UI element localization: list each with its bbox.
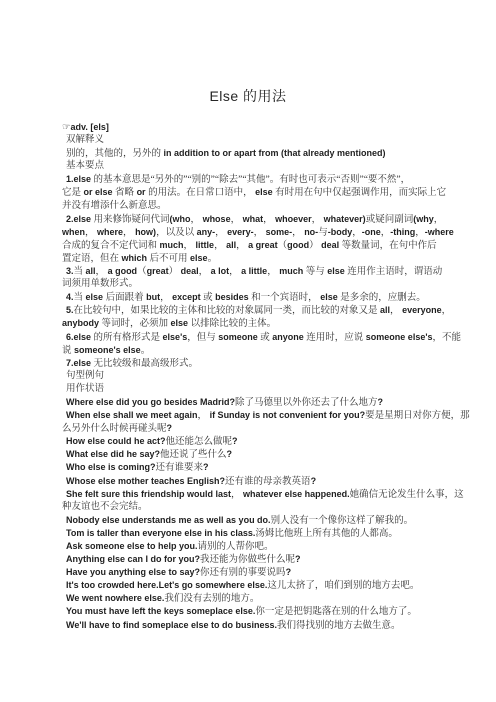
doc-line-definition: 别的，其他的，另外的 in addition to or apart from … [62, 147, 442, 160]
doc-example-sentence: How else could he act?他还能怎么做呢? [62, 435, 442, 448]
doc-line-point5: 5.在比较句中，如果比较的主体和比较的对象属同一类，而比较的对象又是 all， … [62, 304, 442, 317]
document-page: Else 的用法 ☞adv. [els] 双解释义 别的，其他的，另外的 in … [0, 0, 496, 702]
doc-example-sentence: Ask someone else to help you.请别的人帮你吧。 [62, 540, 442, 553]
doc-line-point6: 6.else 的所有格形式是 else's，但与 someone 或 anyon… [62, 331, 442, 344]
doc-example-sentence: We went nowhere else.我们没有去别的地方。 [62, 592, 442, 605]
doc-example-sentence: Anything else can I do for you?我还能为你做些什么… [62, 553, 442, 566]
doc-line-point2-cont: 置定语，但在 which 后不可用 else。 [62, 252, 442, 265]
doc-line-point1-cont: 并没有增添什么新意思。 [62, 200, 442, 213]
doc-line-point5-cont: anybody 等词时，必须加 else 以排除比较的主体。 [62, 317, 442, 330]
doc-line-point4: 4.当 else 后面跟着 but， except 或 besides 和一个宾… [62, 291, 442, 304]
doc-example-sentence-cont: 么另外什么时候再碰头呢? [62, 422, 442, 435]
doc-line-point3: 3.当 all， a good（great） deal， a lot， a li… [62, 265, 442, 278]
doc-heading-definition: 双解释义 [62, 134, 442, 147]
doc-example-sentence: Nobody else understands me as well as yo… [62, 514, 442, 527]
doc-heading-used-as-adverbial: 用作状语 [62, 383, 442, 396]
doc-heading-example-sentences: 句型例句 [62, 370, 442, 383]
doc-line-point1-cont: 它是 or else 省略 or 的用法。在日常口语中， else 有时用在句中… [62, 186, 442, 199]
doc-example-sentence-cont: 种友谊也不会完结。 [62, 501, 442, 514]
doc-example-sentence: It's too crowded here.Let's go somewhere… [62, 579, 442, 592]
doc-example-sentence: Tom is taller than everyone else in his … [62, 527, 442, 540]
doc-line-pos-label: ☞adv. [els] [62, 121, 442, 134]
doc-example-sentence: We'll have to find someplace else to do … [62, 619, 442, 632]
page-title: Else 的用法 [0, 86, 496, 106]
doc-line-point6-cont: 说 someone's else。 [62, 344, 442, 357]
document-body: ☞adv. [els] 双解释义 别的，其他的，另外的 in addition … [62, 121, 442, 632]
doc-example-sentence: Have you anything else to say?你还有别的事要说吗? [62, 566, 442, 579]
doc-line-point1: 1.else 的基本意思是“另外的”“别的”“除去”“其他”。有时也可表示“否则… [62, 173, 442, 186]
doc-line-point7: 7.else 无比较级和最高级形式。 [62, 357, 442, 370]
doc-line-point2-cont: when， where， how)，以及以 any-， every-， some… [62, 226, 442, 239]
doc-line-point2: 2.else 用来修饰疑问代词(who， whose， what， whoeve… [62, 213, 442, 226]
doc-example-sentence: You must have left the keys someplace el… [62, 605, 442, 618]
doc-heading-key-points: 基本要点 [62, 160, 442, 173]
doc-example-sentence: What else did he say?他还说了些什么? [62, 448, 442, 461]
doc-example-sentence: Where else did you go besides Madrid?除了马… [62, 396, 442, 409]
doc-example-sentence: Who else is coming?还有谁要来? [62, 461, 442, 474]
doc-example-sentence: Whose else mother teaches English?还有谁的母亲… [62, 475, 442, 488]
doc-line-point2-cont: 合成的复合不定代词和 much， little， all， a great（go… [62, 239, 442, 252]
doc-example-sentence: She felt sure this friendship would last… [62, 488, 442, 501]
doc-example-sentence: When else shall we meet again， if Sunday… [62, 409, 442, 422]
doc-line-point3-cont: 词须用单数形式。 [62, 278, 442, 291]
